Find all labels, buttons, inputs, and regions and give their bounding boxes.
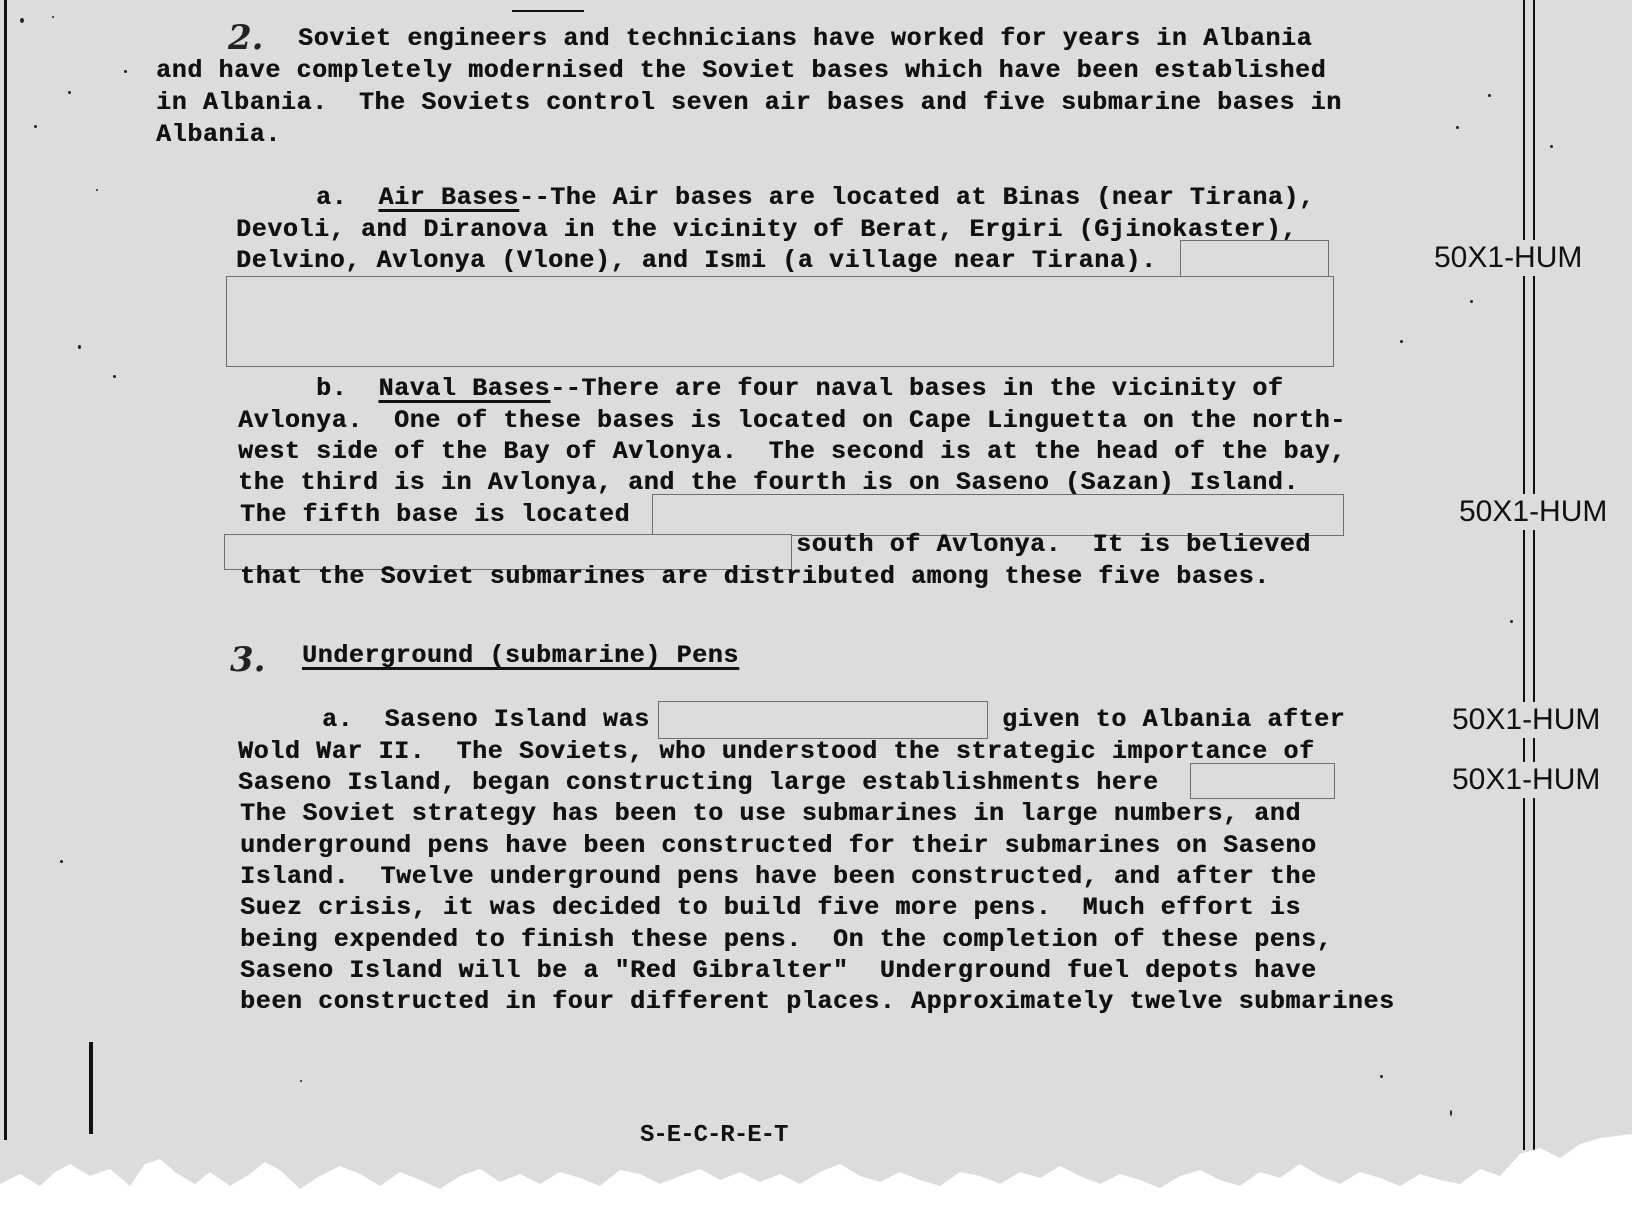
right-border-line-outer — [1523, 0, 1525, 1150]
document-page: 2. Soviet engineers and technicians have… — [0, 0, 1632, 1224]
naval-bases-line-3: west side of the Bay of Avlonya. The sec… — [238, 437, 1346, 467]
speck — [1456, 126, 1459, 129]
pens-line-10: been constructed in four different place… — [240, 987, 1395, 1017]
speck — [1488, 94, 1491, 97]
torn-paper-edge — [0, 1114, 1632, 1224]
speck — [1380, 1075, 1383, 1078]
section-2-line-2: and have completely modernised the Sovie… — [156, 56, 1326, 86]
top-pen-mark — [512, 10, 584, 12]
exemption-code: 50X1-HUM — [1450, 702, 1602, 738]
pens-line-7: Suez crisis, it was decided to build fiv… — [240, 893, 1301, 923]
pens-line-1-text: Saseno Island was — [384, 705, 649, 734]
pens-line-1-end: given to Albania after — [1002, 705, 1345, 735]
redaction-box — [658, 701, 988, 739]
naval-bases-heading: Naval Bases — [378, 374, 550, 403]
pens-line-1-start: a. Saseno Island was — [322, 705, 650, 735]
speck — [34, 125, 37, 128]
section-3-heading: Underground (submarine) Pens — [302, 641, 739, 671]
exemption-code: 50X1-HUM — [1457, 494, 1609, 530]
exemption-code: 50X1-HUM — [1432, 240, 1584, 276]
exemption-code: 50X1-HUM — [1450, 762, 1602, 798]
air-bases-heading: Air Bases — [378, 183, 518, 212]
naval-bases-letter: b. — [316, 374, 347, 403]
pens-line-4: The Soviet strategy has been to use subm… — [240, 799, 1301, 829]
speck — [1550, 145, 1553, 148]
pens-letter: a. — [322, 705, 353, 734]
speck — [78, 345, 81, 349]
speck — [300, 1080, 302, 1082]
redaction-box — [1190, 763, 1335, 799]
speck — [60, 860, 63, 863]
speck — [1400, 340, 1403, 343]
speck — [124, 70, 127, 73]
air-bases-letter: a. — [316, 183, 347, 212]
section-2-line-3: in Albania. The Soviets control seven ai… — [156, 88, 1342, 118]
speck — [1470, 300, 1473, 303]
naval-bases-line-2: Avlonya. One of these bases is located o… — [238, 406, 1346, 436]
air-bases-line-3: Delvino, Avlonya (Vlone), and Ismi (a vi… — [236, 246, 1157, 276]
right-border-line-inner — [1533, 0, 1535, 1150]
left-border-line — [4, 0, 7, 1140]
air-bases-line-2: Devoli, and Diranova in the vicinity of … — [236, 215, 1297, 245]
pens-line-2: Wold War II. The Soviets, who understood… — [238, 737, 1315, 767]
redaction-box — [226, 276, 1334, 367]
naval-bases-line-7: that the Soviet submarines are distribut… — [240, 562, 1270, 592]
section-2-number: 2. — [228, 18, 264, 58]
speck — [20, 18, 24, 23]
redaction-box — [1180, 240, 1329, 278]
speck — [68, 91, 71, 94]
air-bases-line-1: a. Air Bases--The Air bases are located … — [316, 183, 1315, 213]
section-2-line-4: Albania. — [156, 120, 281, 150]
pens-line-9: Saseno Island will be a "Red Gibralter" … — [240, 956, 1317, 986]
naval-bases-line-6: south of Avlonya. It is believed — [796, 530, 1311, 560]
naval-bases-line-1: b. Naval Bases--There are four naval bas… — [316, 374, 1283, 404]
pens-line-5: underground pens have been constructed f… — [240, 831, 1317, 861]
section-2-line-1: Soviet engineers and technicians have wo… — [298, 24, 1312, 54]
pens-line-3: Saseno Island, began constructing large … — [238, 768, 1159, 798]
speck — [1510, 620, 1513, 623]
naval-bases-line-1-text: --There are four naval bases in the vici… — [550, 374, 1283, 403]
naval-bases-line-5: The fifth base is located — [240, 500, 630, 530]
pens-line-8: being expended to finish these pens. On … — [240, 925, 1332, 955]
speck — [52, 16, 54, 18]
speck — [96, 189, 98, 191]
air-bases-line-1-text: --The Air bases are located at Binas (ne… — [519, 183, 1315, 212]
speck — [113, 375, 116, 378]
pens-line-6: Island. Twelve underground pens have bee… — [240, 862, 1317, 892]
section-3-number: 3. — [230, 640, 266, 680]
